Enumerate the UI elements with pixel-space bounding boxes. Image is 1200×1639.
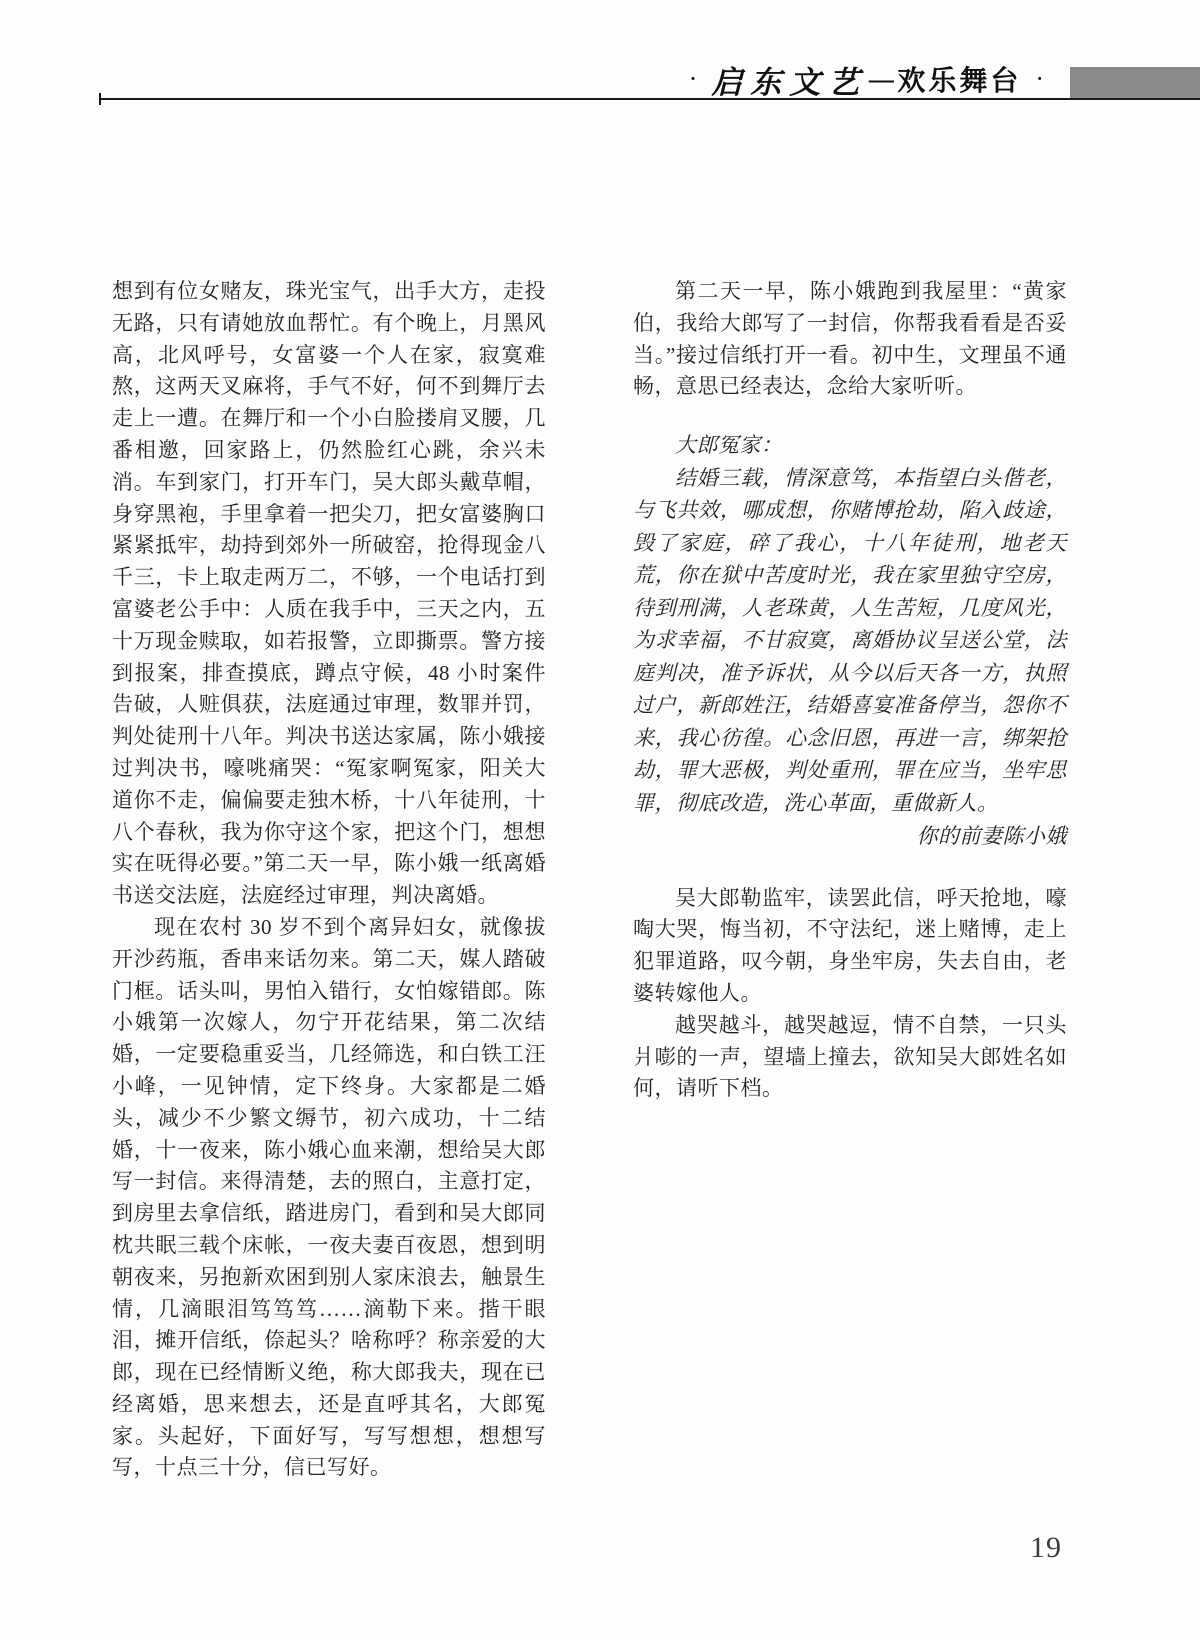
body-paragraph: 吴大郎勒监牢，读罢此信，呼天抢地，嚎啕大哭，悔当初，不守法纪，迷上赌博，走上犯罪…: [633, 883, 1067, 1010]
header-bullet-left: ·: [675, 66, 712, 92]
body-paragraph: 现在农村 30 岁不到个离异妇女，就像拔开沙药瓶，香串来话勿来。第二天，媒人踏破…: [112, 912, 546, 1484]
letter-salutation: 大郎冤家：: [633, 429, 1067, 462]
right-column: 第二天一早，陈小娥跑到我屋里：“黄家伯，我给大郎写了一封信，你帮我看看是否妥当。…: [633, 276, 1067, 1105]
letter-block: 大郎冤家： 结婚三载，情深意笃，本指望白头偕老，与飞共效，哪成想，你赌博抢劫，陷…: [633, 429, 1067, 853]
body-paragraph: 第二天一早，陈小娥跑到我屋里：“黄家伯，我给大郎写了一封信，你帮我看看是否妥当。…: [633, 276, 1067, 403]
left-column: 想到有位女赌友，珠光宝气，出手大方，走投无路，只有请她放血帮忙。有个晚上，月黑风…: [112, 276, 546, 1484]
letter-signature: 你的前妻陈小娥: [633, 820, 1067, 853]
section-title: 欢乐舞台: [897, 59, 1021, 99]
letter-body: 结婚三载，情深意笃，本指望白头偕老，与飞共效，哪成想，你赌博抢劫，陷入歧途，毁了…: [633, 462, 1067, 820]
header-accent-block: [1070, 67, 1200, 98]
body-paragraph: 想到有位女赌友，珠光宝气，出手大方，走投无路，只有请她放血帮忙。有个晚上，月黑风…: [112, 276, 546, 912]
page-header: · 启东文艺 — 欢乐舞台 ·: [675, 60, 1058, 98]
body-paragraph: 越哭越斗，越哭越逗，情不自禁，一只头爿嘭的一声，望墙上撞去，欲知吴大郎姓名如何，…: [633, 1010, 1067, 1105]
page-number: 19: [1030, 1531, 1062, 1565]
publication-title: 启东文艺: [711, 57, 867, 102]
header-bullet-right: ·: [1021, 66, 1058, 92]
header-rule: [99, 98, 1200, 100]
header-dash: —: [867, 63, 895, 96]
